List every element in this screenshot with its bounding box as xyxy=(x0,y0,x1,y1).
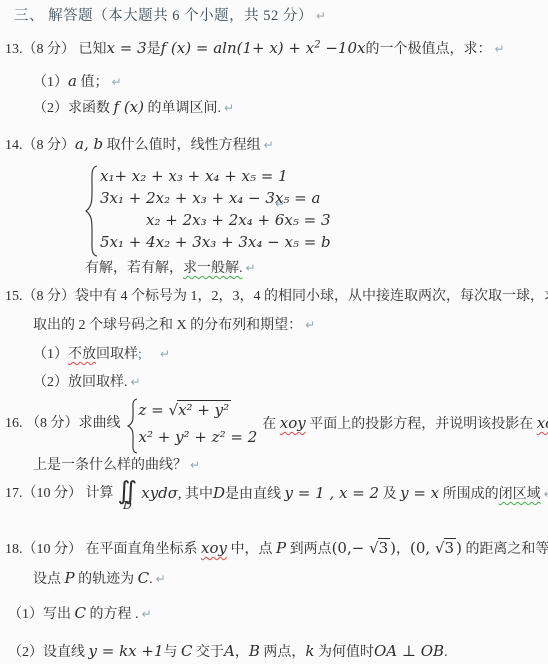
text: 在 xyxy=(262,417,280,432)
text: ， xyxy=(396,542,410,557)
text: 中，点 xyxy=(227,542,276,557)
math-D: D xyxy=(213,484,225,502)
equation-4: 5x₁ + 4x₂ + 3x₃ + 3x₄ − x₅ = b xyxy=(100,231,331,253)
semicolon: ; xyxy=(138,347,142,362)
math-C: C xyxy=(75,604,86,622)
problem-16-statement: 16. （8 分）求曲线 z = √x² + y² x² + y² + z² =… xyxy=(5,394,548,454)
text: 15.（8 分）袋中有 4 个标号为 1，2，3，4 的相同小球，从中接连取两次… xyxy=(5,289,548,304)
paragraph-mark-icon: ↵ xyxy=(305,318,315,332)
problem-18-statement-line1: 18.（10 分） 在平面直角坐标系 xoy 中，点 P 到两点(0,− √3)… xyxy=(5,539,548,559)
problem-16-text: 在 xoy 平面上的投影方程，并说明该投影在 xoy 平面 xyxy=(262,414,548,434)
paragraph-mark-icon: ↵ xyxy=(156,572,166,586)
math-B: B xyxy=(249,642,260,660)
exam-document-page: 三、 解答题（本大题共 6 个小题，共 52 分）↵ 13.（8 分） 已知x … xyxy=(0,0,548,664)
integral-domain-label: D xyxy=(123,501,132,511)
math-C: C xyxy=(138,569,149,587)
item-number: （1） xyxy=(8,607,43,622)
problem-14-statement: 14.（8 分）a, b 取什么值时，线性方程组↵ xyxy=(5,135,274,155)
problem-13-statement: 13.（8 分） 已知x = 3是f (x) = aln(1+ x) + x2 … xyxy=(5,39,505,59)
paragraph-mark-icon: ↵ xyxy=(494,42,504,56)
math-a: a xyxy=(68,72,77,90)
paragraph-mark-icon: ↵ xyxy=(160,347,170,361)
paragraph-mark-icon: ↵ xyxy=(190,458,200,472)
paragraph-mark-icon: ↵ xyxy=(544,487,548,501)
problem-13-part-1: （1）a 值；↵ xyxy=(33,72,122,92)
equation-2: 3x₁ + 2x₂ + x₃ + x₄ − 3x₅ = a xyxy=(100,187,331,209)
problem-13-part-2: （2）求函数 f (x) 的单调区间.↵ xyxy=(33,98,234,118)
text: . xyxy=(444,645,448,660)
text: 的距离之和等于 4， xyxy=(462,542,548,557)
math-C: C xyxy=(181,642,192,660)
text: 回取样 xyxy=(96,347,138,362)
section-heading-text: 三、 解答题（本大题共 6 个小题，共 52 分） xyxy=(14,8,313,24)
problem-18-number: 18.（10 分） 在平面直角坐标系 xyxy=(5,542,201,557)
text: 是由直线 xyxy=(225,487,285,502)
paragraph-mark-icon: ↵ xyxy=(275,197,285,211)
text: 的单调区间. xyxy=(144,101,221,116)
text: , 其中 xyxy=(178,487,213,502)
math-line-equation: y = kx +1 xyxy=(89,642,164,660)
text: 的一个极值点，求： xyxy=(365,42,491,57)
grammar-checked-text: 求一般解. xyxy=(183,261,243,276)
math-y-equals-x: y = x xyxy=(400,484,439,502)
text: ， xyxy=(235,645,249,660)
problem-16-continuation: 上是一条什么样的曲线？↵ xyxy=(33,456,200,475)
section-heading: 三、 解答题（本大题共 6 个小题，共 52 分）↵ xyxy=(14,7,326,25)
text: 设直线 xyxy=(43,645,89,660)
radicand: x² + y² xyxy=(177,400,231,419)
double-integral: ∬ D xyxy=(118,477,138,511)
item-number: （1） xyxy=(33,75,68,90)
spell-checked-text: 不放 xyxy=(68,347,96,362)
spell-checked-xoy: xoy xyxy=(201,539,227,557)
paragraph-mark-icon: ↵ xyxy=(316,9,327,23)
text: 值； xyxy=(77,75,109,90)
text: 求函数 xyxy=(68,101,114,116)
problem-14-question: 有解，若有解，求一般解.↵ xyxy=(85,259,256,278)
text: 与 xyxy=(164,645,182,660)
problem-15-part-1: （1）不放回取样;↵ xyxy=(33,345,170,364)
grammar-checked-text: 闭区域 xyxy=(499,487,541,502)
math-lines-1: y = 1 , x = 2 xyxy=(285,484,380,502)
math-perpendicular: OA ⊥ OB xyxy=(374,642,444,660)
spell-checked-xoy: xoy xyxy=(280,414,306,432)
point-1: (0,− xyxy=(332,539,370,557)
text: 的方程 . xyxy=(86,607,139,622)
item-number: （1） xyxy=(33,347,68,362)
text: 有解，若有解， xyxy=(85,261,183,276)
problem-17-text: xydσ, 其中D是由直线 y = 1 , x = 2 及 y = x 所围成的… xyxy=(141,484,548,504)
linear-system-equations: x₁+ x₂ + x₃ + x₄ + x₅ = 1 3x₁ + 2x₂ + x₃… xyxy=(100,165,331,253)
point-2: (0, xyxy=(410,539,435,557)
text: 取出的 2 个球号码之和 X 的分布列和期望： xyxy=(33,318,302,333)
text: 为何值时 xyxy=(314,645,374,660)
math-f-of-x: f (x) xyxy=(114,98,144,116)
curve-equation-2: x² + y² + z² = 2 xyxy=(139,424,258,451)
math-A: A xyxy=(224,642,235,660)
text: 交于 xyxy=(193,645,225,660)
text: 放回取样. xyxy=(68,375,128,390)
text: . xyxy=(149,572,153,587)
curve-system-equations: z = √x² + y² x² + y² + z² = 2 xyxy=(126,397,258,451)
radicand: 3 xyxy=(378,538,391,557)
item-number: （2） xyxy=(33,101,68,116)
text: 平面上的投影方程，并说明该投影在 xyxy=(306,417,537,432)
item-number: （2） xyxy=(33,375,68,390)
text: 取什么值时，线性方程组 xyxy=(103,138,261,153)
text: 写出 xyxy=(43,607,75,622)
text: 设点 xyxy=(33,572,65,587)
math-function-def: f (x) = aln(1+ x) + x xyxy=(161,39,315,57)
problem-16-number: 16. （8 分）求曲线 xyxy=(5,415,121,433)
left-brace-icon xyxy=(84,165,98,257)
paragraph-mark-icon: ↵ xyxy=(111,75,121,89)
problem-13-number: 13.（8 分） 已知 xyxy=(5,42,107,57)
item-number: （2） xyxy=(8,645,43,660)
problem-18-part-2: （2）设直线 y = kx +1与 C 交于A，B 两点，k 为何值时OA ⊥ … xyxy=(8,642,448,662)
problem-15-statement-line1: 15.（8 分）袋中有 4 个标号为 1，2，3，4 的相同小球，从中接连取两次… xyxy=(5,288,548,306)
text: 上是一条什么样的曲线？ xyxy=(33,458,187,473)
problem-15-statement-line2: 取出的 2 个球号码之和 X 的分布列和期望：↵ xyxy=(33,316,315,335)
problem-17-statement: 17.（10 分） 计算 ∬ D xydσ, 其中D是由直线 y = 1 , x… xyxy=(5,475,548,513)
math-a-b: a, b xyxy=(75,135,103,153)
problem-18-statement-line2: 设点 P 的轨迹为 C.↵ xyxy=(33,569,166,589)
math-x-equals-3: x = 3 xyxy=(107,39,147,57)
math-P: P xyxy=(276,539,286,557)
problem-18-part-1: （1）写出 C 的方程 .↵ xyxy=(8,604,152,624)
math-integrand: xydσ xyxy=(141,484,178,502)
problem-14-number: 14.（8 分） xyxy=(5,138,75,153)
equation-1: x₁+ x₂ + x₃ + x₄ + x₅ = 1 xyxy=(100,165,331,187)
paragraph-mark-icon: ↵ xyxy=(224,101,234,115)
text: 所围成的 xyxy=(439,487,499,502)
curve-equation-1: z = √x² + y² xyxy=(139,397,258,424)
radicand: 3 xyxy=(444,538,457,557)
problem-15-part-2: （2）放回取样.↵ xyxy=(33,373,141,392)
paragraph-mark-icon: ↵ xyxy=(264,138,274,152)
text: 及 xyxy=(379,487,400,502)
math-P: P xyxy=(65,569,75,587)
paragraph-mark-icon: ↵ xyxy=(141,607,151,621)
math-z-equals: z = xyxy=(139,401,169,419)
left-brace-icon xyxy=(126,398,138,454)
text: 的轨迹为 xyxy=(75,572,138,587)
text: 到两点 xyxy=(286,542,332,557)
spell-checked-xoy: xoy xyxy=(537,414,548,432)
equation-3: x₂ + 2x₃ + 2x₄ + 6x₅ = 3 xyxy=(100,209,331,231)
text: 两点， xyxy=(260,645,306,660)
text: 是 xyxy=(147,42,161,57)
paragraph-mark-icon: ↵ xyxy=(131,375,141,389)
math-minus-10x: −10x xyxy=(321,39,366,57)
problem-17-number: 17.（10 分） 计算 xyxy=(5,485,114,503)
paragraph-mark-icon: ↵ xyxy=(246,261,256,275)
